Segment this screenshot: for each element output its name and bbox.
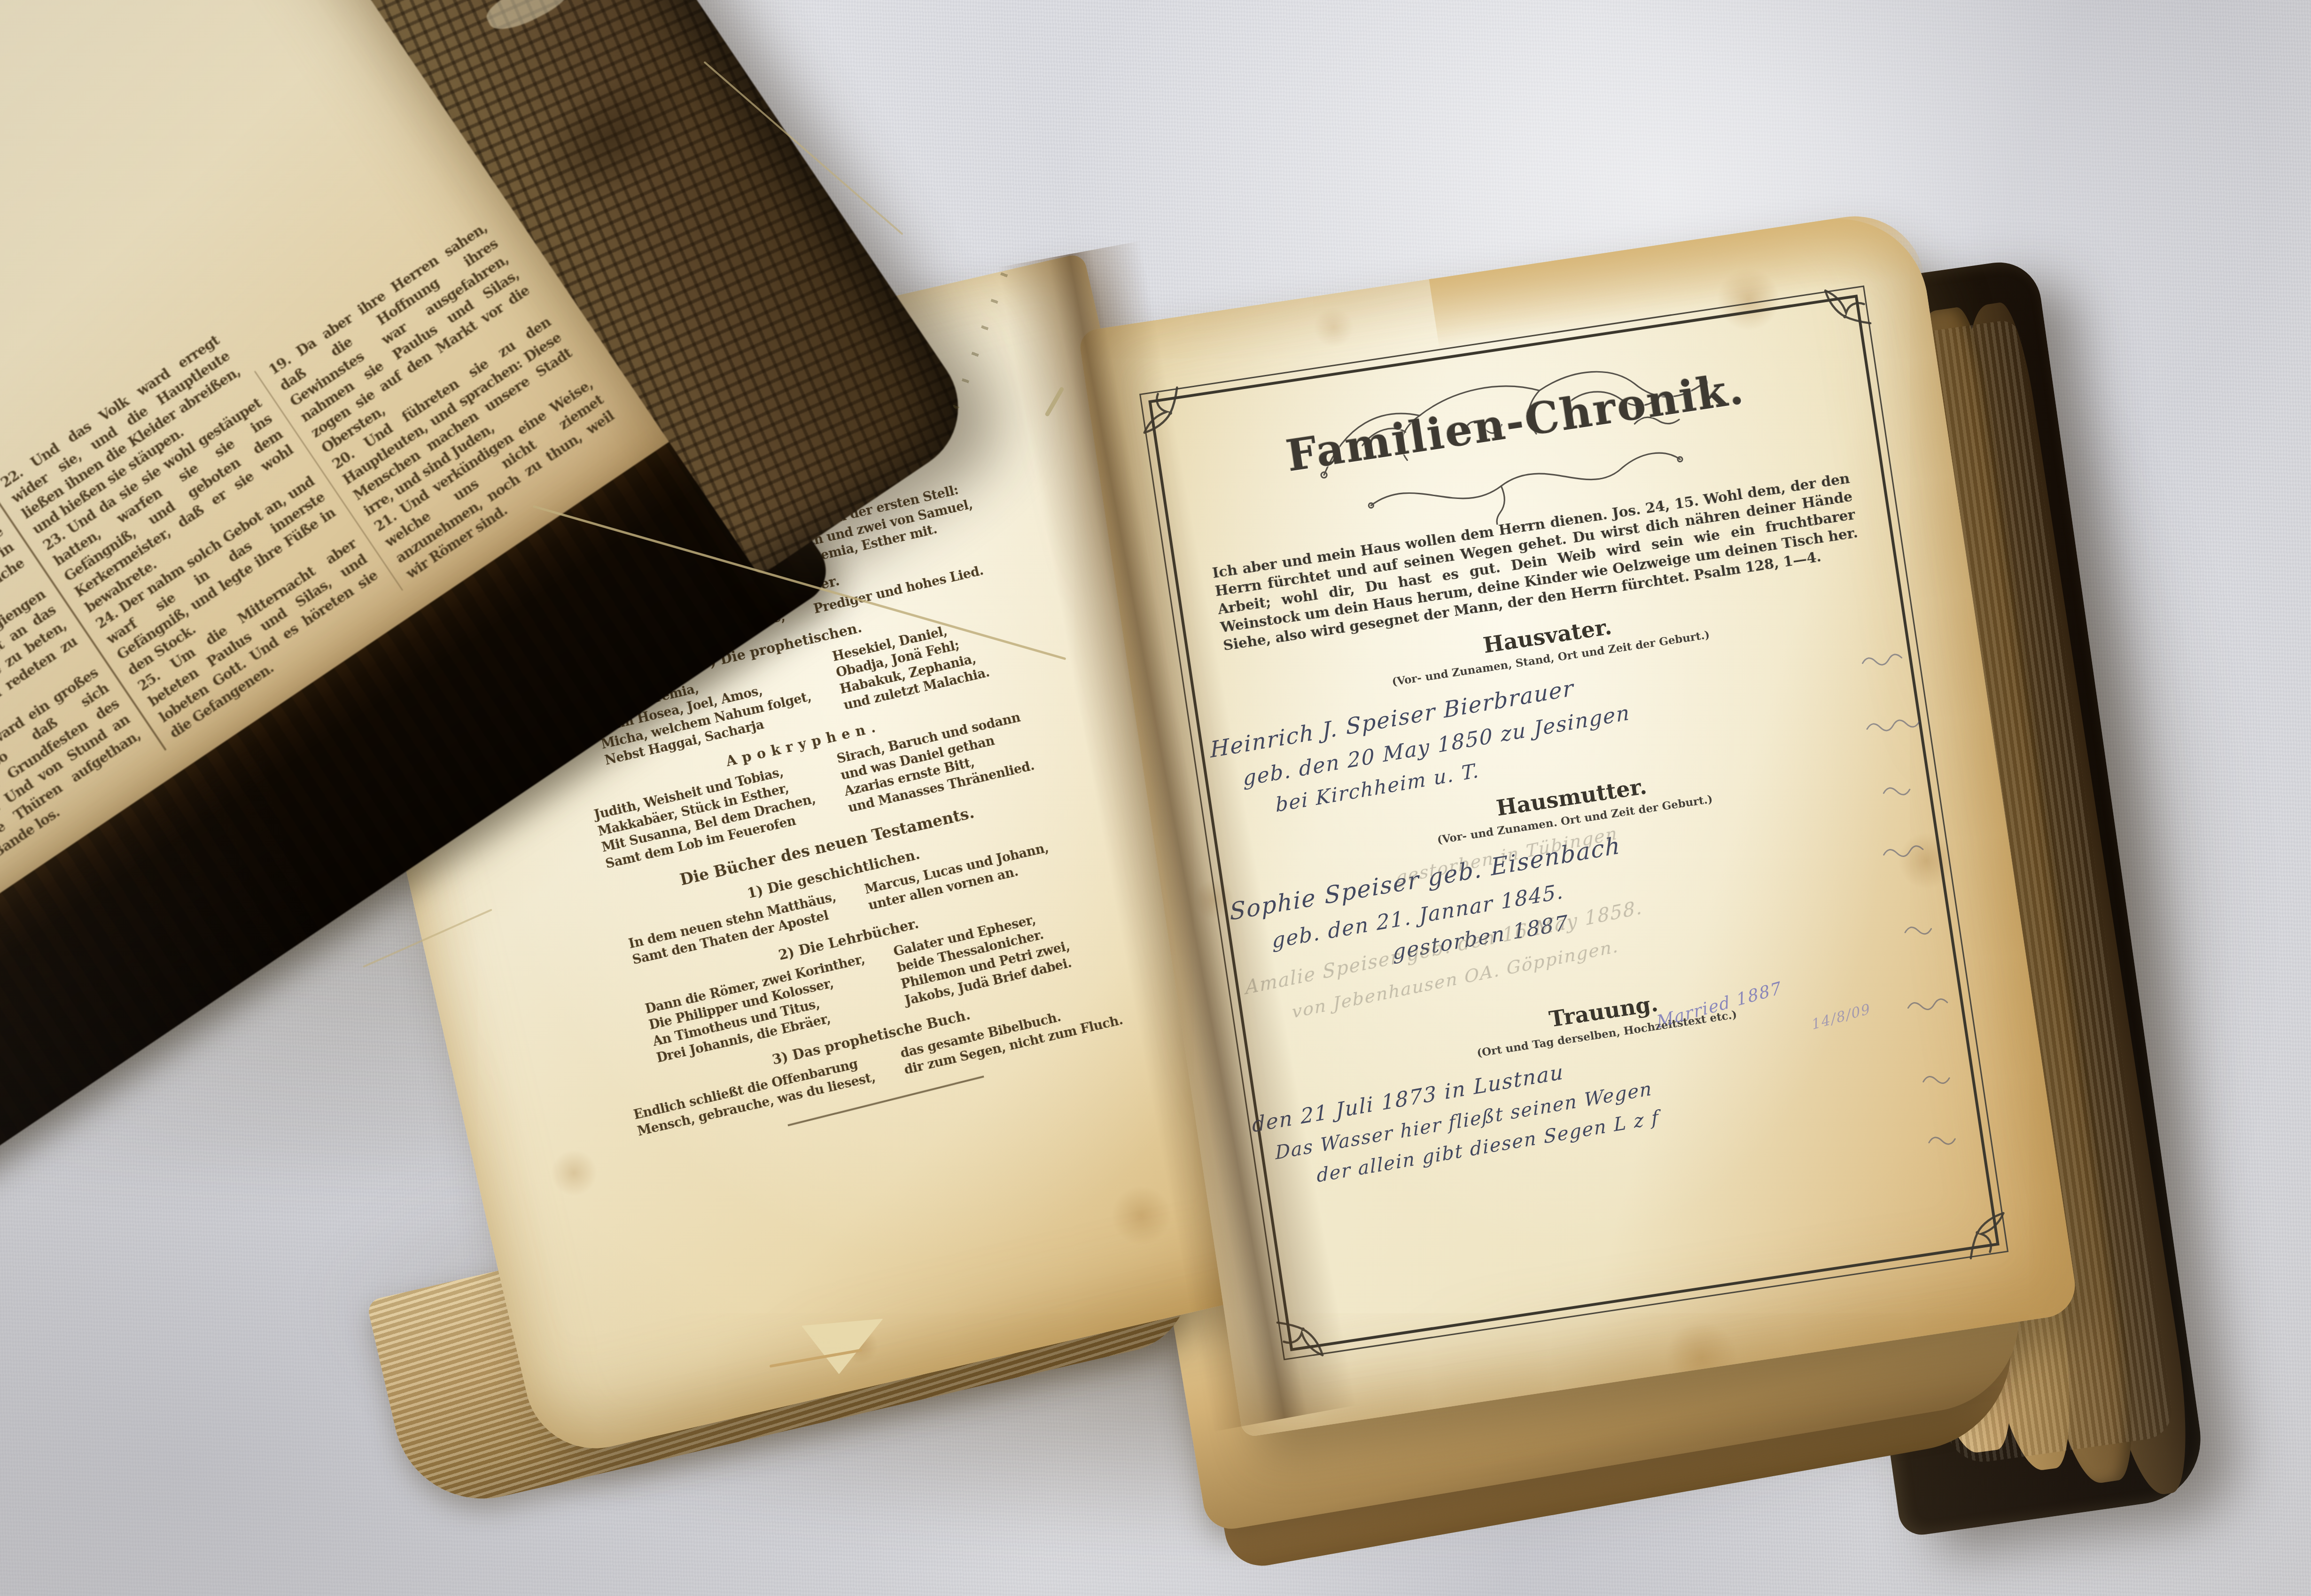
paper-shaving-fold [795, 1308, 883, 1379]
photo-two-antique-german-bibles: Ordnung der biblischen Bücher. Die Büche… [0, 0, 2311, 1596]
torn-page-scrap [482, 0, 576, 38]
chronik-content: Familien-Chronik. Ich aber und mein Haus… [1175, 316, 1976, 1335]
